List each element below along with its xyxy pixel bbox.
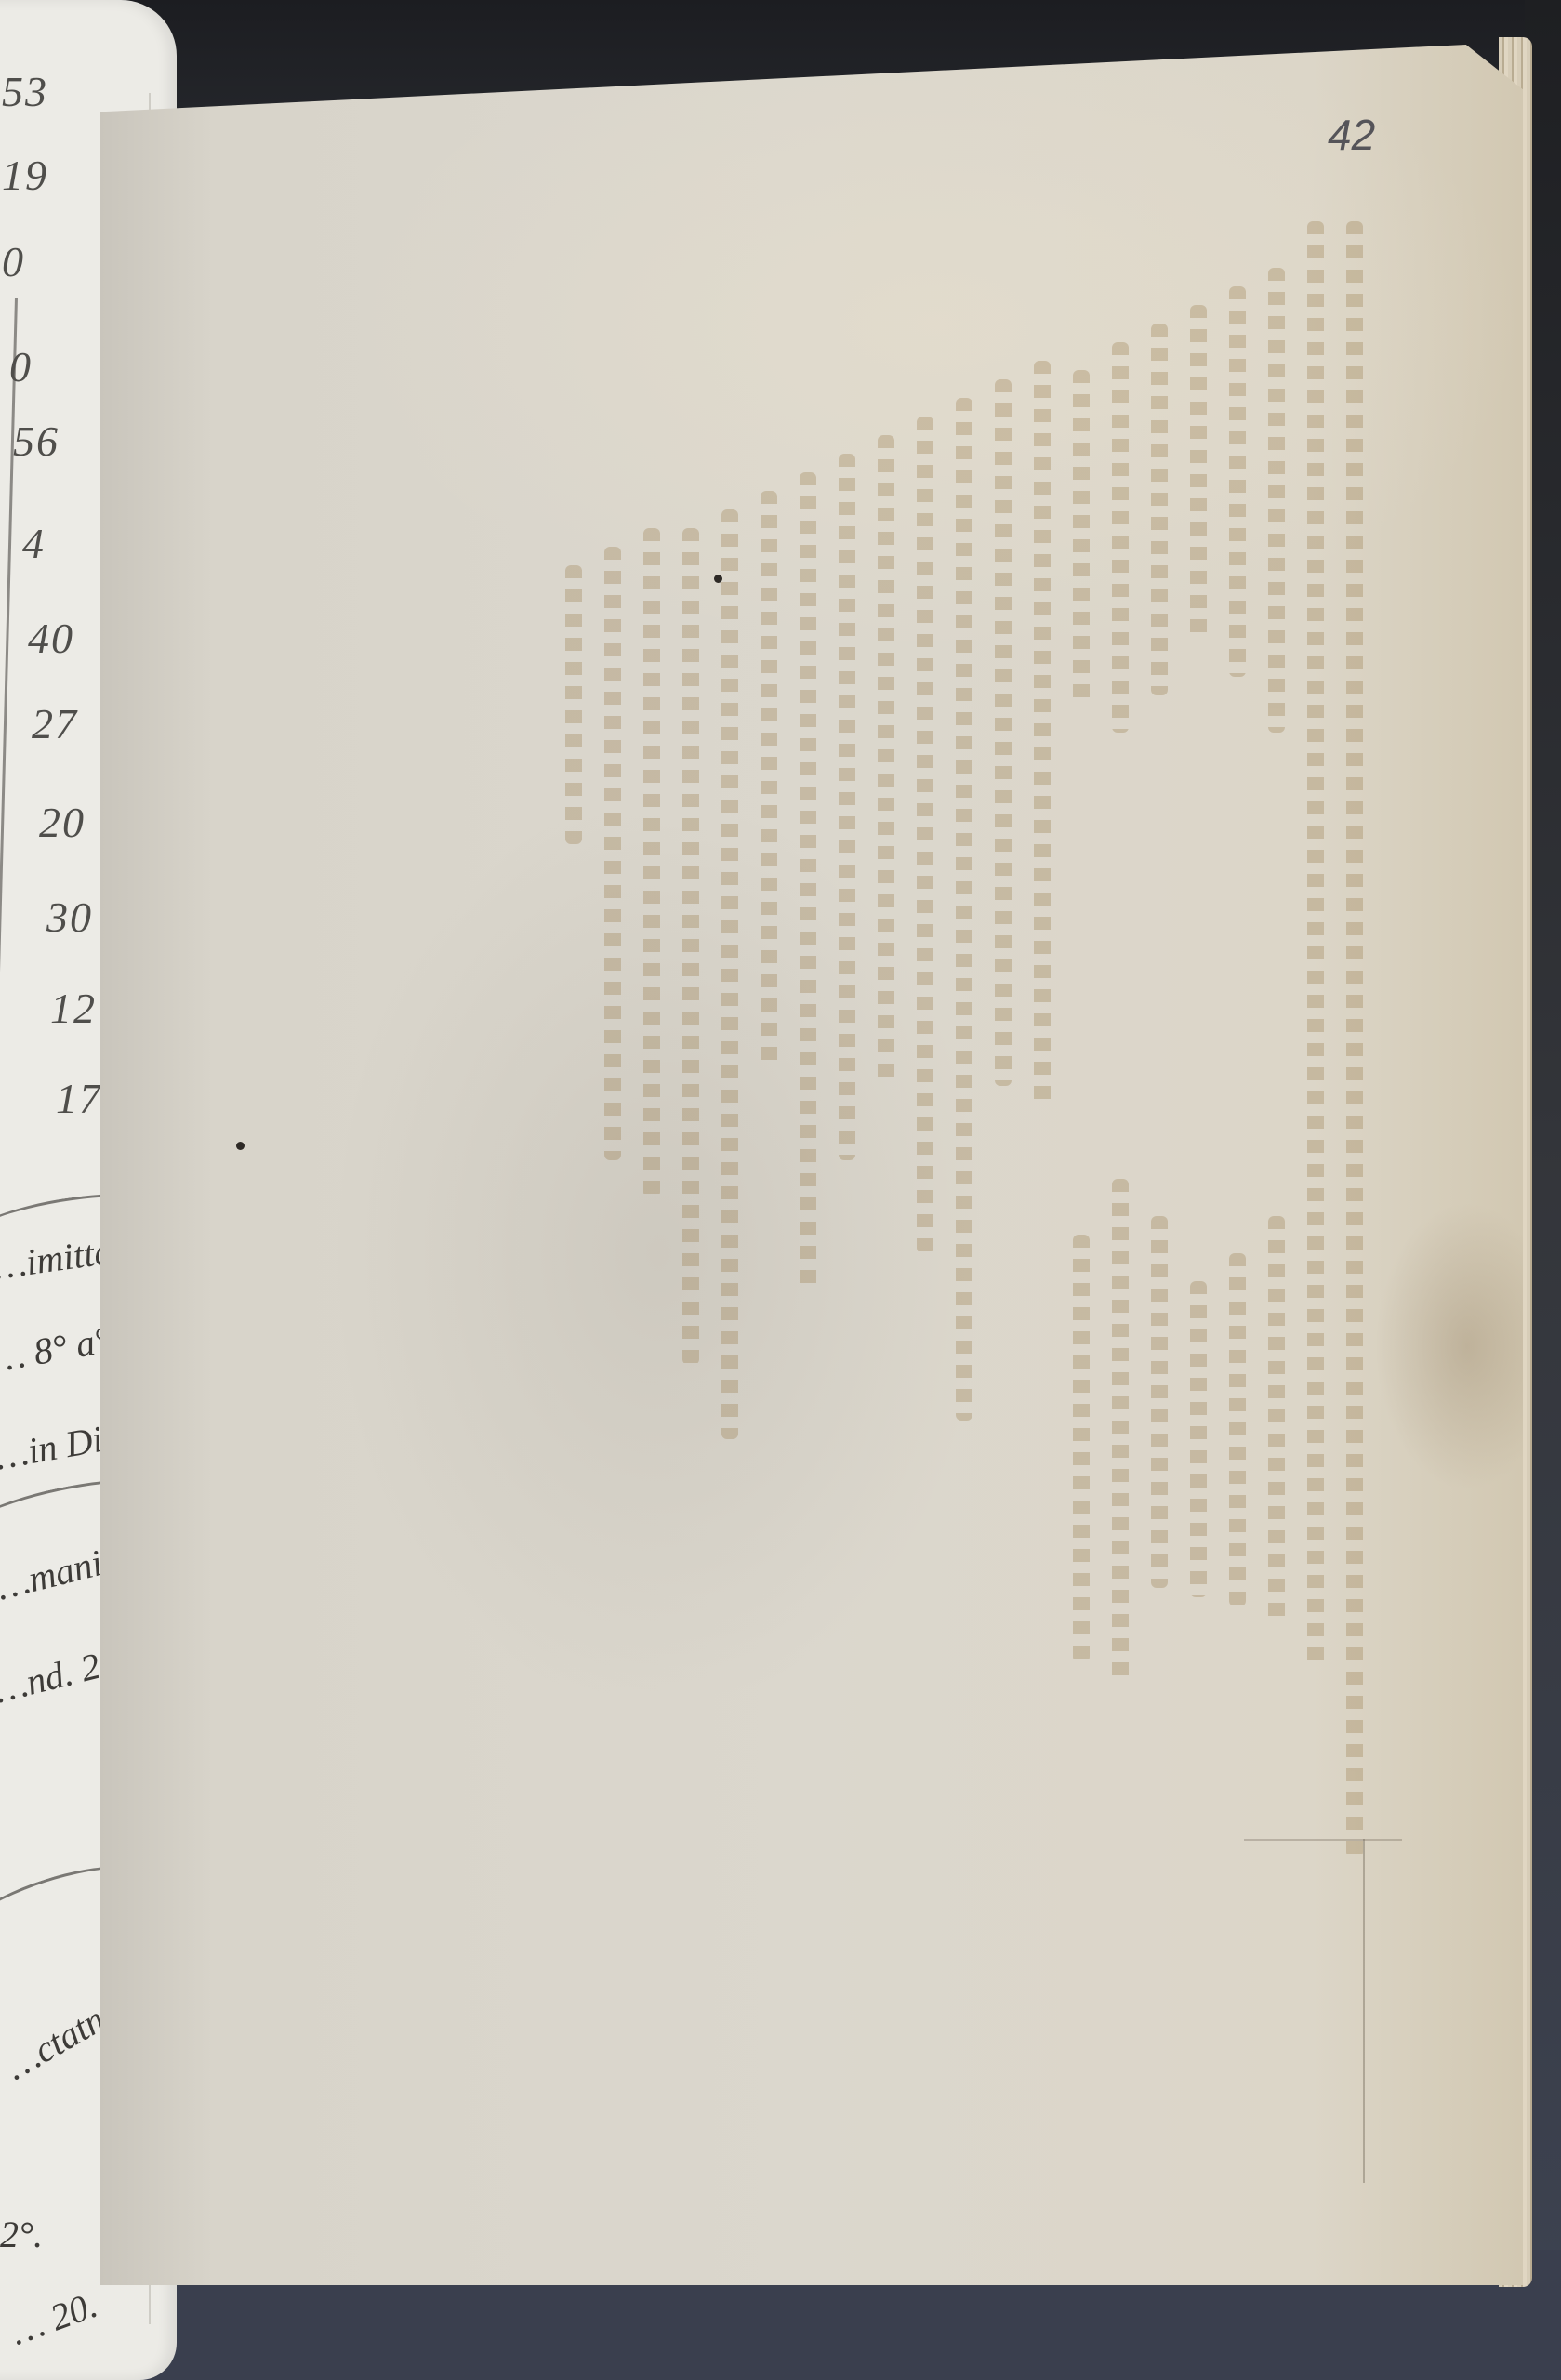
numeral: 0	[9, 342, 33, 391]
numeral: 53	[2, 67, 48, 116]
numeral: 19	[2, 151, 48, 200]
marginal-note: 2°.	[0, 2213, 43, 2256]
numeral: 20	[39, 798, 86, 847]
ink-spot	[714, 575, 722, 583]
numeral: 27	[32, 699, 78, 748]
recto-page	[100, 45, 1523, 2285]
numeral: 12	[50, 984, 97, 1033]
ink-spot	[236, 1142, 245, 1150]
folio-number: 42	[1328, 110, 1375, 160]
numeral: 56	[13, 416, 60, 466]
numeral: 4	[22, 519, 46, 568]
numeral: 30	[46, 892, 93, 942]
bleed-through-text	[286, 212, 1402, 1978]
numeral: 0	[2, 237, 25, 286]
numeral: 40	[28, 614, 74, 663]
